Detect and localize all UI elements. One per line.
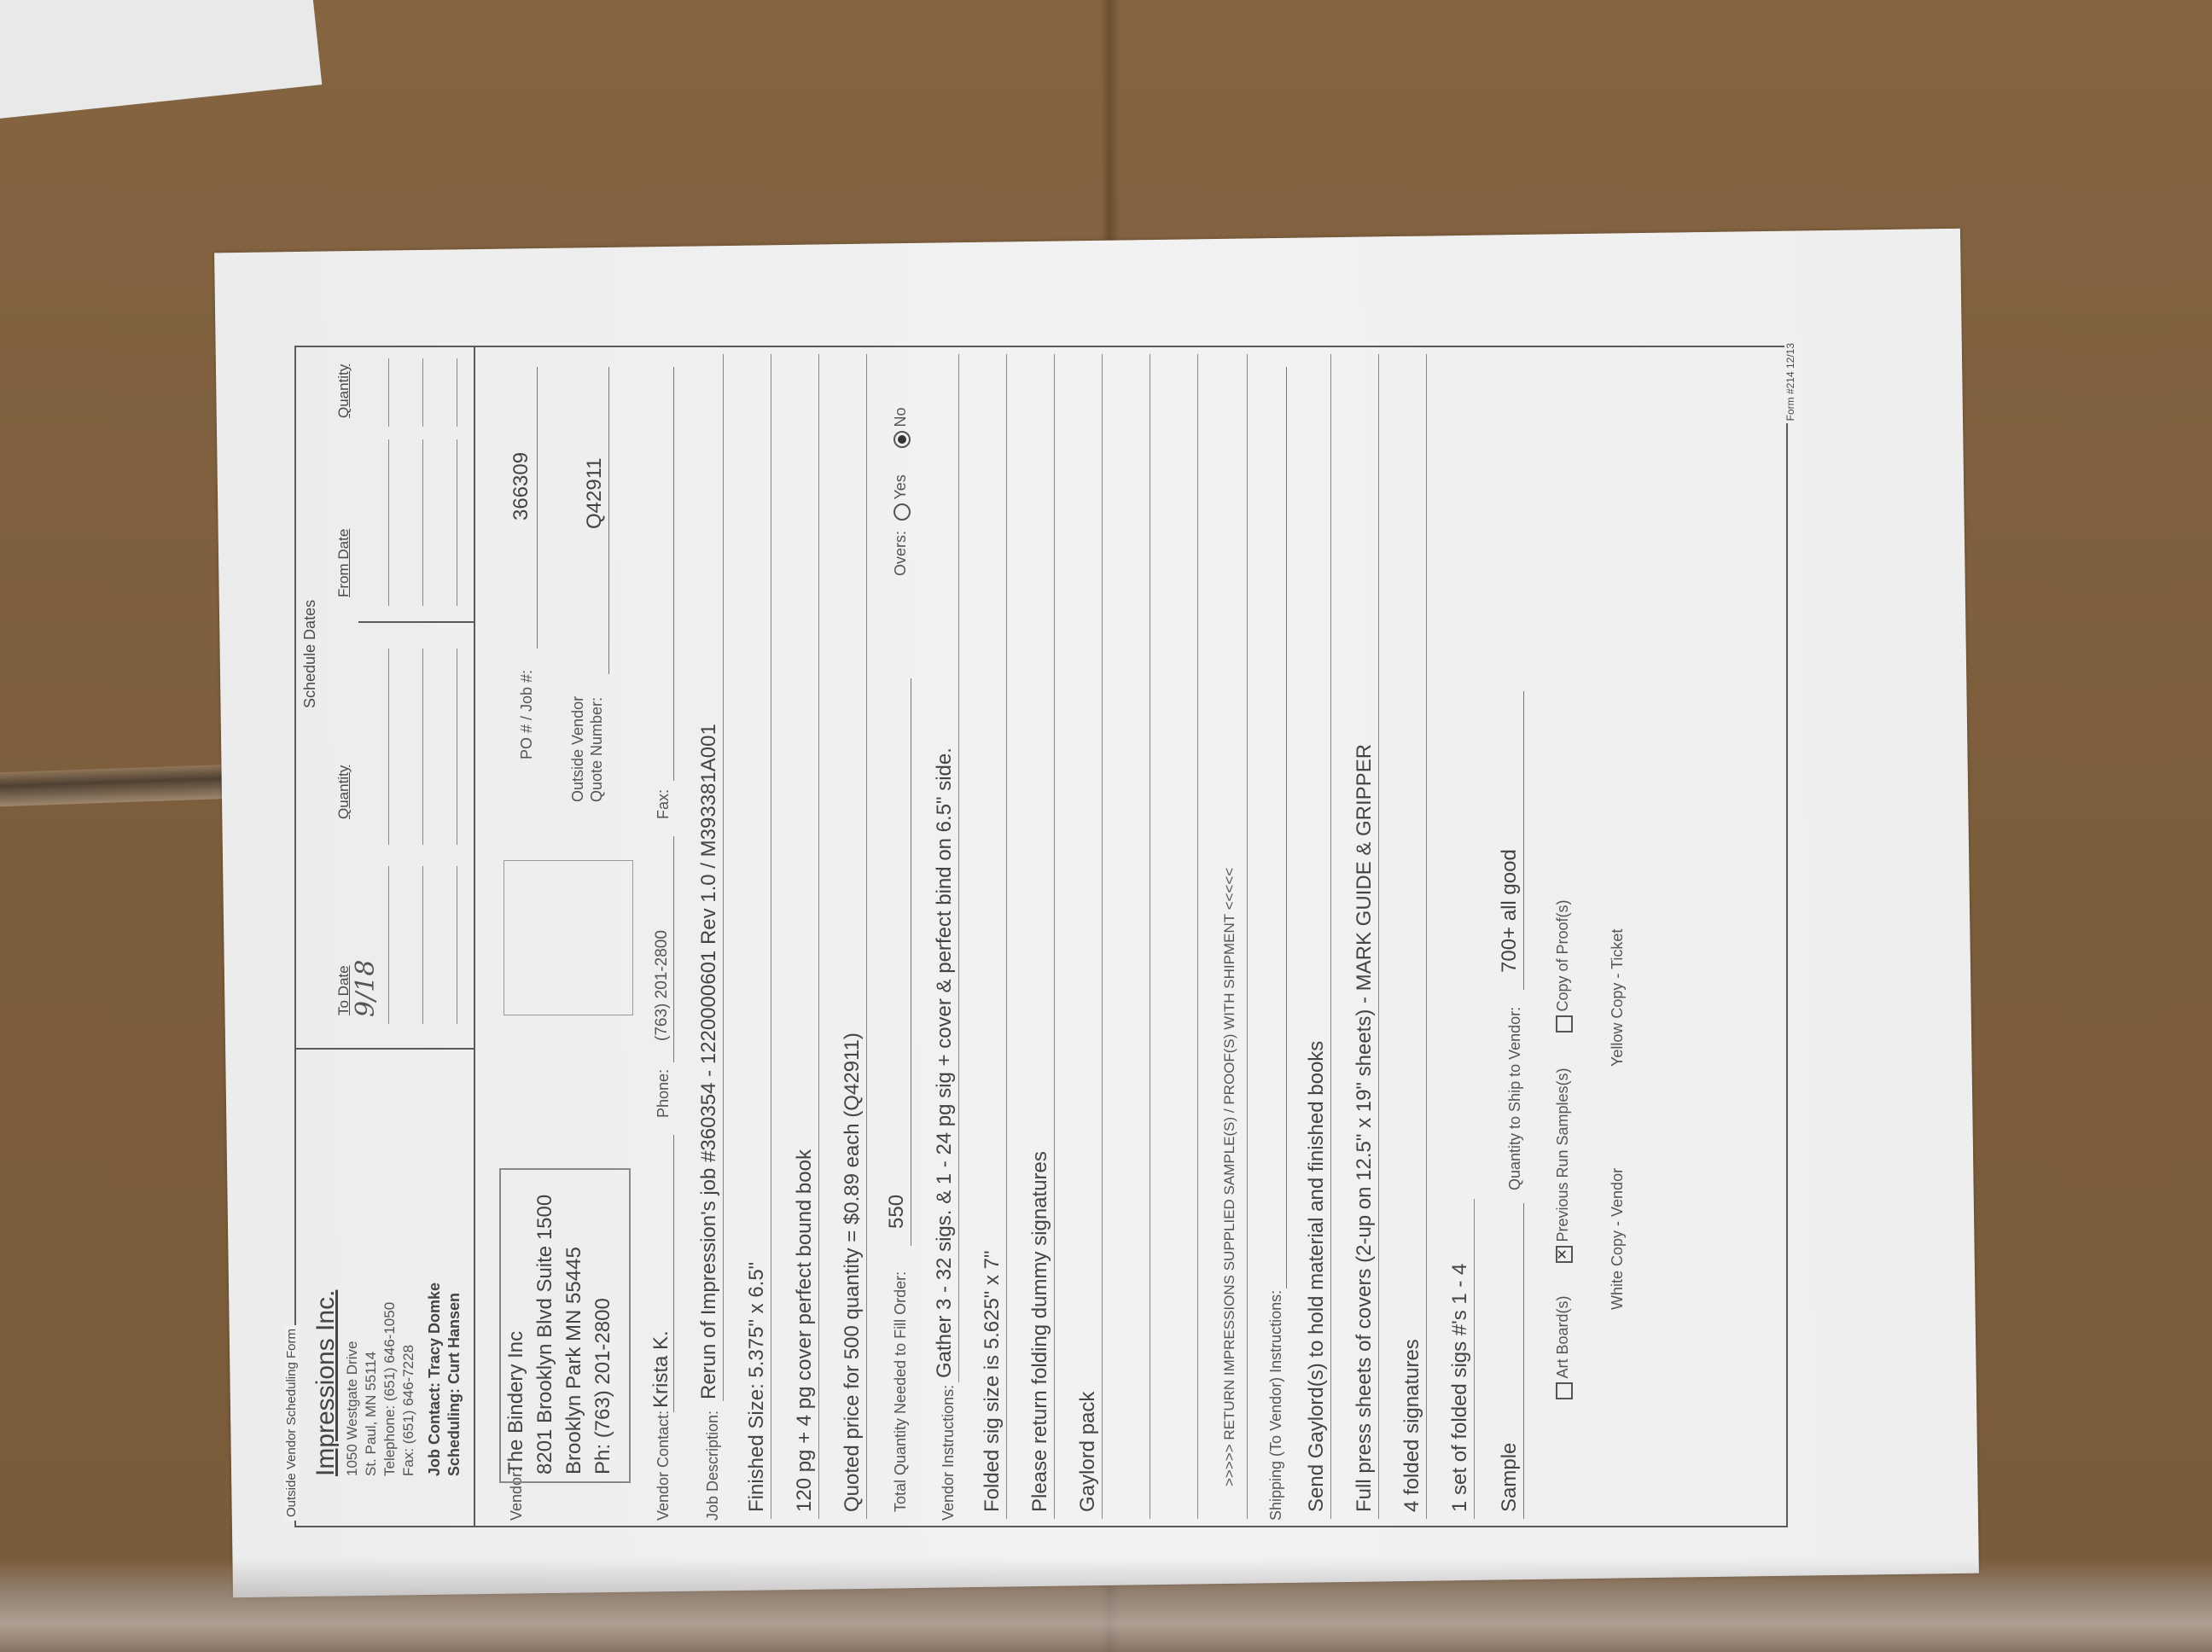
job-contact: Job Contact: Tracy Domke bbox=[426, 1283, 444, 1476]
white-copy-note: White Copy - Vendor bbox=[1609, 1168, 1627, 1310]
row-line bbox=[1378, 354, 1379, 1519]
schedule-col-to-date: To Date bbox=[335, 965, 352, 1015]
art-boards-checkbox[interactable]: Art Board(s) bbox=[1554, 1296, 1573, 1399]
form-title: Outside Vendor Scheduling Form bbox=[284, 1325, 299, 1521]
vendor-phone-label: Phone: bbox=[655, 1069, 672, 1118]
company-fax: Fax: (651) 646-7228 bbox=[400, 1345, 417, 1476]
po-underline bbox=[537, 367, 538, 649]
yellow-copy-note: Yellow Copy - Ticket bbox=[1609, 929, 1627, 1067]
qty-ship-value[interactable]: 700+ all good bbox=[1498, 849, 1522, 973]
vendor-address-2[interactable]: Brooklyn Park MN 55445 bbox=[562, 1247, 586, 1475]
instruction-line-3[interactable]: Gaylord pack bbox=[1076, 1392, 1100, 1512]
row-line bbox=[1054, 354, 1055, 1519]
previous-run-samples-label: Previous Run Samples(s) bbox=[1554, 1067, 1571, 1242]
schedule-line bbox=[457, 866, 457, 1024]
overs-yes-radio[interactable] bbox=[894, 503, 911, 521]
row-line bbox=[866, 354, 867, 1519]
total-qty-value[interactable]: 550 bbox=[885, 1195, 909, 1229]
instruction-line-2[interactable]: Please return folding dummy signatures bbox=[1028, 1151, 1052, 1512]
vendor-instructions-label: Vendor Instructions: bbox=[940, 1385, 958, 1521]
schedule-to-date-value[interactable]: 9/18 bbox=[351, 960, 381, 1017]
schedule-line bbox=[388, 649, 389, 845]
row-line bbox=[1102, 354, 1103, 1519]
plastic-wrap bbox=[0, 1558, 2212, 1652]
shipping-line-1[interactable]: Send Gaylord(s) to hold material and fin… bbox=[1305, 1041, 1329, 1512]
quote-label-1: Outside Vendor bbox=[569, 696, 587, 802]
vendor-contact-label: Vendor Contact: bbox=[655, 1411, 672, 1521]
copy-of-proofs-label: Copy of Proof(s) bbox=[1554, 900, 1571, 1012]
schedule-col-quantity-2: Quantity bbox=[335, 364, 352, 418]
job-description-label: Job Description: bbox=[704, 1411, 722, 1521]
schedule-line bbox=[457, 649, 457, 845]
vendor-address-1[interactable]: 8201 Brooklyn Blvd Suite 1500 bbox=[533, 1195, 557, 1475]
quote-value[interactable]: Q42911 bbox=[583, 457, 607, 529]
schedule-line bbox=[457, 358, 457, 427]
schedule-divider-mid bbox=[358, 621, 474, 623]
quote-label-2: Quote Number: bbox=[588, 697, 606, 802]
company-address-1: 1050 Westgate Drive bbox=[344, 1341, 361, 1476]
return-samples-notice: >>>>> RETURN IMPRESSIONS SUPPLIED SAMPLE… bbox=[1221, 868, 1238, 1486]
vendor-phone-value[interactable]: (763) 201-2800 bbox=[653, 930, 672, 1041]
schedule-line bbox=[457, 439, 457, 606]
shipping-line-4[interactable]: 1 set of folded sigs #'s 1 - 4 bbox=[1448, 1264, 1472, 1512]
schedule-divider-left bbox=[294, 1048, 474, 1050]
contact-underline bbox=[673, 1135, 674, 1412]
shipping-line-3[interactable]: 4 folded signatures bbox=[1400, 1339, 1424, 1512]
vendor-name[interactable]: The Bindery Inc bbox=[504, 1331, 528, 1475]
vendor-scheduling-form: Outside Vendor Scheduling Form Impressio… bbox=[294, 346, 1788, 1527]
shipping-underline bbox=[1286, 367, 1287, 1288]
form-number: Form #214 12/13 bbox=[1784, 340, 1796, 423]
schedule-line bbox=[388, 866, 389, 1024]
job-line-3[interactable]: Quoted price for 500 quantity = $0.89 ea… bbox=[841, 1032, 864, 1512]
art-boards-box[interactable] bbox=[1556, 1382, 1573, 1399]
quote-underline bbox=[608, 367, 609, 674]
instruction-line-1[interactable]: Folded sig size is 5.625" x 7" bbox=[981, 1250, 1004, 1512]
row-line bbox=[1330, 354, 1331, 1519]
schedule-line bbox=[388, 439, 389, 606]
row-line bbox=[1006, 354, 1007, 1519]
company-address-2: St. Paul, MN 55114 bbox=[363, 1352, 380, 1476]
copy-of-proofs-checkbox[interactable]: Copy of Proof(s) bbox=[1554, 900, 1573, 1033]
schedule-col-from-date: From Date bbox=[335, 529, 352, 597]
row-line bbox=[1150, 354, 1150, 1519]
art-boards-label: Art Board(s) bbox=[1554, 1296, 1571, 1379]
job-line-1[interactable]: Finished Size: 5.375" x 6.5" bbox=[745, 1262, 769, 1512]
overs-no-radio[interactable] bbox=[894, 431, 911, 448]
company-name: Impressions Inc. bbox=[311, 1290, 341, 1476]
vendor-instructions-value[interactable]: Gather 3 - 32 sigs. & 1 - 24 pg sig + co… bbox=[933, 747, 957, 1378]
fax-underline bbox=[673, 367, 674, 781]
qty-ship-label: Quantity to Ship to Vendor: bbox=[1506, 1007, 1524, 1190]
scheduling-contact: Scheduling: Curt Hansen bbox=[445, 1293, 463, 1476]
po-value[interactable]: 366309 bbox=[509, 452, 533, 521]
row-line bbox=[1197, 354, 1198, 1519]
previous-run-samples-box[interactable]: ✕ bbox=[1556, 1246, 1573, 1263]
overs-yes-label: Yes bbox=[892, 474, 909, 499]
sample-value[interactable]: Sample bbox=[1498, 1443, 1522, 1512]
phone-underline bbox=[673, 836, 674, 1062]
overs-label: Overs: bbox=[892, 531, 910, 576]
row-line bbox=[1474, 1199, 1475, 1519]
vendor-contact-value[interactable]: Krista K. bbox=[649, 1330, 673, 1408]
overs-no-option[interactable]: No bbox=[892, 408, 911, 448]
overs-no-label: No bbox=[892, 408, 909, 428]
header-divider bbox=[474, 346, 475, 1527]
previous-run-samples-checkbox[interactable]: ✕ Previous Run Samples(s) bbox=[1554, 1067, 1573, 1263]
schedule-line bbox=[422, 649, 423, 845]
overs-yes-option[interactable]: Yes bbox=[892, 474, 911, 521]
schedule-line bbox=[422, 439, 423, 606]
po-label: PO # / Job #: bbox=[518, 670, 536, 759]
schedule-line bbox=[422, 866, 423, 1024]
schedule-col-quantity-1: Quantity bbox=[335, 765, 352, 819]
job-line-2[interactable]: 120 pg + 4 pg cover perfect bound book bbox=[793, 1149, 817, 1512]
shipping-line-2[interactable]: Full press sheets of covers (2-up on 12.… bbox=[1353, 744, 1377, 1512]
schedule-title: Schedule Dates bbox=[301, 600, 319, 708]
shipping-instructions-label: Shipping (To Vendor) Instructions: bbox=[1267, 1290, 1285, 1521]
qty-ship-underline bbox=[1523, 691, 1524, 990]
total-qty-underline bbox=[911, 678, 911, 1246]
vendor-fax-label: Fax: bbox=[655, 789, 672, 819]
sample-underline bbox=[1523, 1203, 1524, 1519]
job-description-value[interactable]: Rerun of Impression's job #360354 - 1220… bbox=[697, 724, 721, 1399]
row-line bbox=[771, 354, 771, 1519]
row-line bbox=[818, 354, 819, 1519]
schedule-line bbox=[422, 358, 423, 427]
row-line bbox=[723, 354, 724, 1401]
row-line bbox=[958, 354, 959, 1382]
row-line bbox=[1247, 354, 1248, 1519]
vendor-aux-box bbox=[504, 860, 633, 1015]
vendor-phone-line[interactable]: Ph: (763) 201-2800 bbox=[591, 1298, 615, 1475]
company-telephone: Telephone: (651) 646-1050 bbox=[381, 1302, 399, 1476]
total-qty-label: Total Quantity Needed to Fill Order: bbox=[892, 1271, 910, 1512]
schedule-line bbox=[388, 358, 389, 427]
copy-of-proofs-box[interactable] bbox=[1556, 1015, 1573, 1032]
row-line bbox=[1426, 354, 1427, 1519]
